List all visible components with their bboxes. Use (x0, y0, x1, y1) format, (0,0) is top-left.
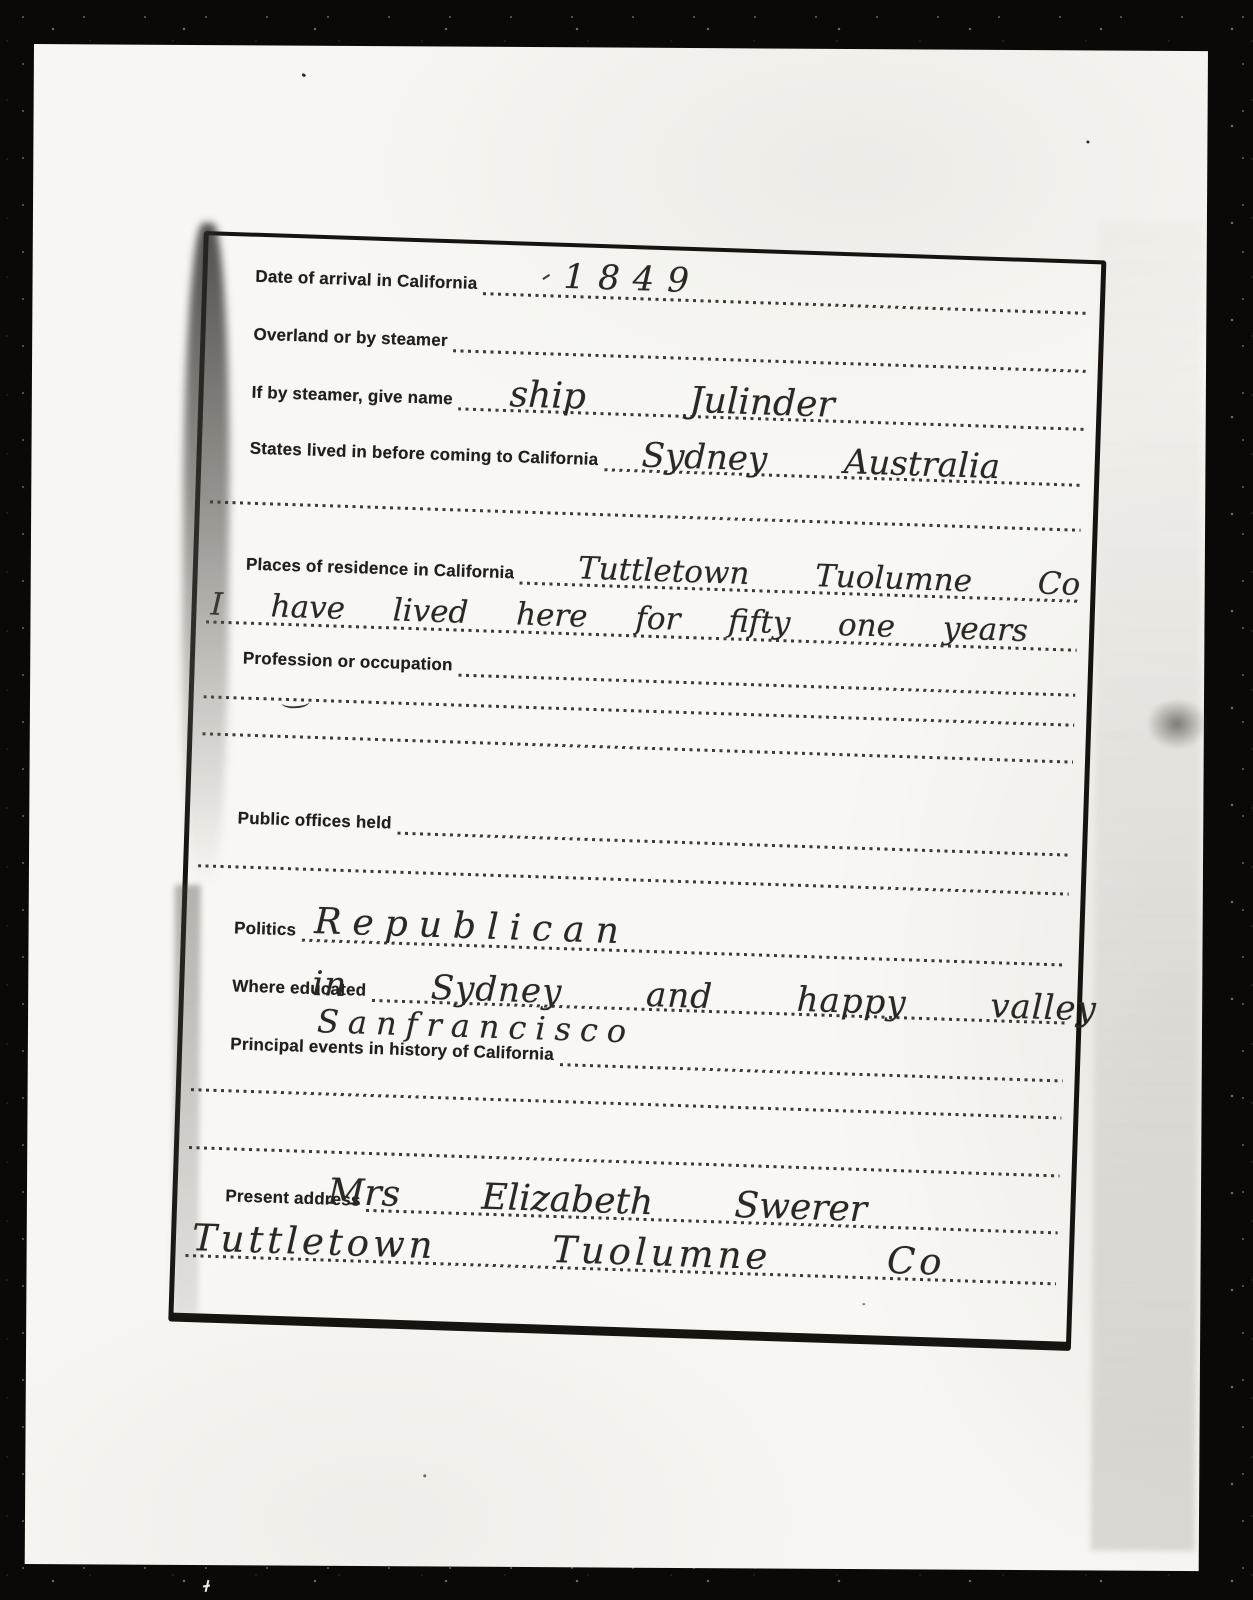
handwritten-residence: Tuttletown Tuolumne Co (578, 553, 1081, 600)
dotted-line (560, 1063, 1063, 1082)
paper-speck (423, 1474, 426, 1477)
handwritten-steamer-name: ship Julinder (509, 377, 835, 424)
field-label-date-of-arrival: Date of arrival in California (255, 267, 478, 294)
gutter-shadow (172, 885, 201, 1315)
dotted-line (189, 1146, 1060, 1177)
scan-artifact-mark (203, 1580, 212, 1593)
handwritten-politics: Republican (314, 904, 631, 950)
handwritten-present-address: Mrs Elizabeth Swerer (327, 1175, 868, 1229)
form-row-present-address-line2: Tuttletown Tuolumne Co (185, 1236, 1056, 1288)
form-row-steamer-name: If by steamer, give name ship Julinder (251, 383, 1084, 434)
field-label-politics: Politics (234, 918, 297, 940)
field-label-profession: Profession or occupation (243, 649, 453, 676)
ink-blotch (1138, 691, 1216, 757)
dotted-line (210, 500, 1081, 531)
pen-tick (542, 274, 554, 287)
form-page: Date of arrival in California 1849 Overl… (168, 231, 1106, 1351)
handwritten-states-before: Sydney Australia (641, 438, 1000, 484)
form-row-date-of-arrival: Date of arrival in California 1849 (255, 267, 1088, 318)
pen-squiggle (281, 696, 310, 710)
field-label-steamer-name: If by steamer, give name (251, 383, 453, 410)
dotted-line (191, 1088, 1062, 1119)
field-label-states-before: States lived in before coming to Califor… (249, 439, 598, 470)
form-row-residence-note: I have lived here for fifty one years (206, 602, 1077, 654)
paper-speck (862, 1303, 865, 1305)
dotted-line (198, 864, 1069, 895)
dotted-line (202, 732, 1073, 763)
blank-answer-line (210, 482, 1081, 534)
form-row-overland-or-steamer: Overland or by steamer (253, 325, 1086, 376)
paper-speck (301, 73, 306, 78)
field-label-overland-or-steamer: Overland or by steamer (253, 325, 448, 351)
scan-shading-band (1091, 221, 1203, 1552)
blank-answer-line (189, 1128, 1060, 1180)
form-row-politics: Politics Republican (234, 918, 1067, 969)
dotted-line (397, 832, 1070, 857)
paper-speck (1086, 140, 1089, 143)
paper: Date of arrival in California 1849 Overl… (25, 44, 1208, 1571)
handwritten-date-of-arrival: 1849 (563, 260, 703, 299)
form-row-states-before: States lived in before coming to Califor… (249, 439, 1082, 490)
field-label-public-offices: Public offices held (237, 808, 392, 833)
dotted-line (453, 349, 1085, 373)
field-label-residence: Places of residence in California (246, 555, 515, 584)
